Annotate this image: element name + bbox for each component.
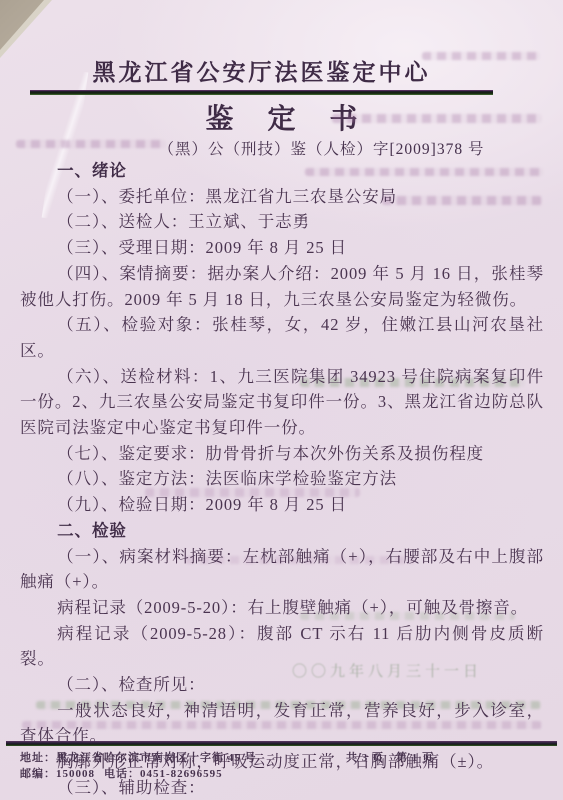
letterhead-rule <box>30 90 493 95</box>
footer-row-2: 邮编：150008 电话：0451-82696595 <box>0 764 563 781</box>
paragraph: 病程记录（2009-5-28）：腹部 CT 示右 11 后肋内侧骨皮质断裂。 <box>20 621 544 672</box>
bleedthrough-smudge <box>422 52 540 60</box>
paragraph: （四）、案情摘要：据办案人介绍：2009 年 5 月 16 日，张桂琴被他人打伤… <box>20 261 544 312</box>
footer-phone: 电话：0451-82696595 <box>104 765 223 781</box>
section-heading: 二、检验 <box>20 518 544 544</box>
footer-address: 地址：黑龙江省哈尔滨市南岗区十字街 45 号 <box>20 749 257 765</box>
footer: 地址：黑龙江省哈尔滨市南岗区十字街 45 号 共 3 页 第 1 页 邮编：15… <box>0 747 563 781</box>
bleedthrough-smudge <box>16 140 166 148</box>
footer-page-info: 共 3 页 第 1 页 <box>346 749 434 765</box>
bleedthrough-smudge <box>332 114 542 123</box>
paragraph: （二）、检查所见： <box>20 672 544 698</box>
footer-rule <box>6 741 557 746</box>
paragraph: （三）、受理日期：2009 年 8 月 25 日 <box>20 235 544 261</box>
paragraph: （一）、委托单位：黑龙江省九三农垦公安局 <box>20 184 544 210</box>
paragraph: （九）、检验日期：2009 年 8 月 25 日 <box>20 492 544 518</box>
paragraph: （一）、病案材料摘要：左枕部触痛（+），右腰部及右中上腹部触痛（+）。 <box>20 544 544 595</box>
paragraph: （七）、鉴定要求：肋骨骨折与本次外伤关系及损伤程度 <box>20 441 544 467</box>
footer-zip: 邮编：150008 <box>20 765 95 781</box>
footer-row-1: 地址：黑龙江省哈尔滨市南岗区十字街 45 号 共 3 页 第 1 页 <box>0 747 563 764</box>
paragraph: （六）、送检材料：1、九三医院集团 34923 号住院病案复印件一份。2、九三农… <box>20 364 544 441</box>
paragraph: （五）、检验对象：张桂琴，女，42 岁，住嫩江县山河农垦社区。 <box>20 312 544 363</box>
scanned-forensic-report-page: 〇〇九年八月三十一日 黑龙江省公安厅法医鉴定中心 鉴定书 （黑）公（刑技）鉴（人… <box>0 0 563 800</box>
section-heading: 一、绪论 <box>20 158 544 184</box>
paragraph: 病程记录（2009-5-20）：右上腹壁触痛（+），可触及骨擦音。 <box>20 595 544 621</box>
paragraph: （二）、送检人：王立斌、于志勇 <box>20 209 544 235</box>
paragraph: （八）、鉴定方法：法医临床学检验鉴定方法 <box>20 466 544 492</box>
document-body: 一、绪论（一）、委托单位：黑龙江省九三农垦公安局（二）、送检人：王立斌、于志勇（… <box>20 158 544 800</box>
